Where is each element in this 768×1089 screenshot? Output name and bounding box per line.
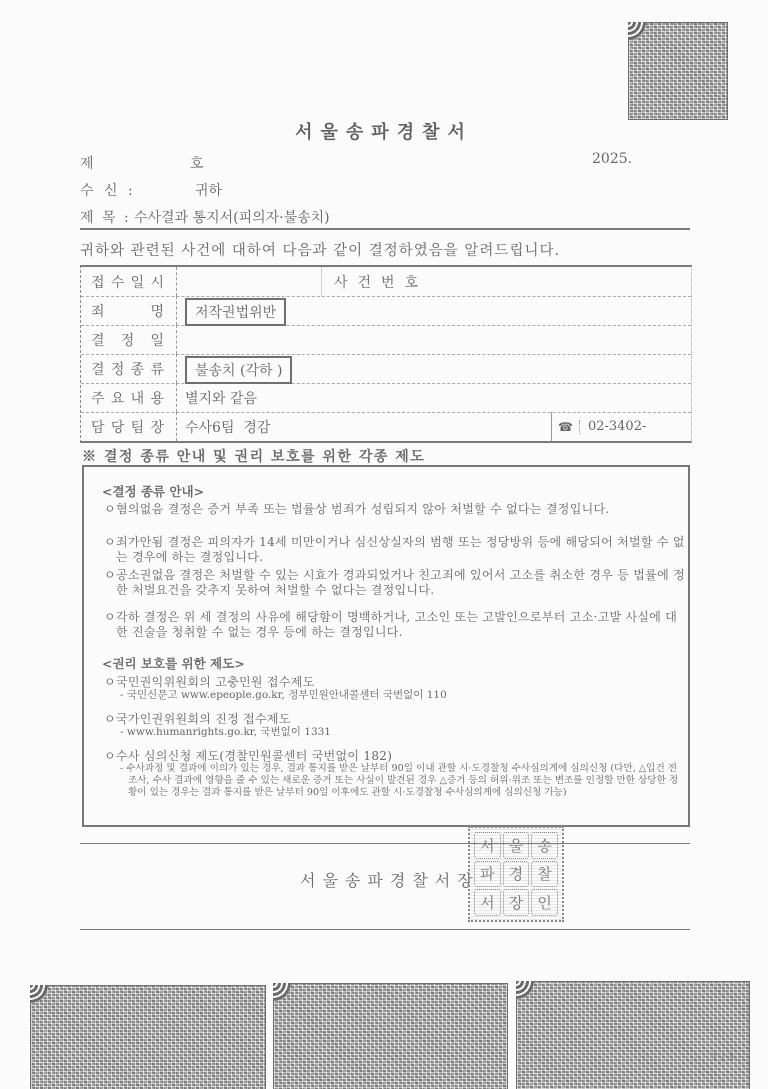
reference-mark-icon: ※ (82, 449, 98, 465)
row-main-content: 주요내용 별지와 같음 (81, 383, 691, 413)
notice-box: <결정 종류 안내> ㅇ혐의없음 결정은 증거 부족 또는 법률상 범죄가 성립… (82, 465, 690, 827)
doc-date: 2025. (592, 151, 632, 167)
bullet-icon: ㅇ (104, 535, 116, 550)
rights-item: ㅇ국민권익위원회의 고충민원 접수제도 (104, 675, 686, 690)
barcode-top (628, 22, 728, 120)
barcode-bottom-2 (273, 983, 508, 1089)
case-info-table: 접수일시 사건번호 죄명 저작권법위반 결정일 결정종류 불송치 (각하 ) 주… (80, 265, 692, 443)
bullet-icon: ㅇ (104, 502, 116, 517)
document-title: 서울송파경찰서 (0, 118, 768, 144)
barcode-finder-icon (30, 985, 48, 1003)
recipient-label: 수 신 : (80, 180, 136, 200)
rights-detail: - 국민신문고 www.epeople.go.kr, 정부민원안내콜센터 국번없… (120, 689, 684, 702)
phone-number: 02-3402- (588, 419, 646, 434)
divider (80, 843, 690, 844)
value-decision-type: 불송치 (각하 ) (185, 356, 292, 384)
value-main-content: 별지와 같음 (185, 383, 257, 412)
bullet-icon: ㅇ (104, 610, 116, 625)
notice-heading: ※ 결정 종류 안내 및 권리 보호를 위한 각종 제도 (82, 446, 425, 466)
doc-number-suffix: 호 (190, 153, 204, 173)
case-number-label: 사건번호 (321, 267, 428, 296)
bullet-icon: ㅇ (104, 749, 116, 764)
page-number: 1 / 3 (712, 1052, 734, 1063)
rights-item: ㅇ수사 심의신청 제도(경찰민원콜센터 국번없이 182) (104, 749, 686, 764)
label-receipt-date: 접수일시 (81, 267, 177, 296)
phone-cell: ☎ 02-3402- (551, 412, 646, 441)
intro-text: 귀하와 관련된 사건에 대하여 다음과 같이 결정하였음을 알려드립니다. (80, 239, 560, 260)
value-team-leader: 수사6팀 경감 (185, 412, 270, 441)
decision-type-item: ㅇ각하 결정은 위 세 결정의 사유에 해당함이 명백하거나, 고소인 또는 고… (104, 610, 686, 640)
rights-detail: - www.humanrights.go.kr, 국번없이 1331 (120, 726, 684, 739)
decision-type-item: ㅇ혐의없음 결정은 증거 부족 또는 법률상 범죄가 성립되지 않아 처벌할 수… (104, 502, 686, 517)
issuer-name: 서울송파경찰서장 (300, 868, 480, 891)
rights-item: ㅇ국가인권위원회의 진정 접수제도 (104, 712, 686, 727)
telephone-icon: ☎ (558, 420, 580, 434)
bullet-icon: ㅇ (104, 675, 116, 690)
doc-number-label: 제 (80, 153, 94, 173)
row-decision-date: 결정일 (81, 325, 691, 355)
official-seal: 서 울 송 파 경 찰 서 장 인 (468, 826, 564, 922)
decision-types-title: <결정 종류 안내> (102, 482, 204, 500)
divider (80, 929, 690, 930)
label-offense: 죄명 (81, 296, 177, 325)
rights-detail: - 수사과정 및 결과에 이의가 있는 경우, 결과 통지를 받은 날부터 90… (120, 763, 684, 799)
decision-type-item: ㅇ죄가안됨 결정은 피의자가 14세 미만이거나 심신상실자의 범행 또는 정당… (104, 535, 686, 565)
label-decision-type: 결정종류 (81, 354, 177, 383)
barcode-finder-icon (516, 981, 534, 999)
decision-type-item: ㅇ공소권없음 결정은 처벌할 수 있는 시효가 경과되었거나 친고죄에 있어서 … (104, 568, 686, 598)
bullet-icon: ㅇ (104, 568, 116, 583)
label-decision-date: 결정일 (81, 325, 177, 354)
label-team-leader: 담당팀장 (81, 412, 177, 441)
row-receipt-date: 접수일시 사건번호 (81, 267, 691, 297)
row-offense: 죄명 저작권법위반 (81, 296, 691, 326)
recipient-value: 귀하 (195, 180, 222, 200)
subject-value: 수사결과 통지서(피의자·불송치) (134, 207, 330, 227)
barcode-bottom-3 (516, 981, 750, 1089)
bullet-icon: ㅇ (104, 712, 116, 727)
label-main-content: 주요내용 (81, 383, 177, 412)
row-team-leader: 담당팀장 수사6팀 경감 ☎ 02-3402- (81, 412, 691, 441)
subject-label: 제 목 : (80, 207, 131, 227)
row-decision-type: 결정종류 불송치 (각하 ) (81, 354, 691, 384)
barcode-bottom-1 (30, 985, 266, 1089)
rights-title: <권리 보호를 위한 제도> (102, 654, 245, 672)
barcode-finder-icon (273, 983, 291, 1001)
barcode-finder-icon (628, 22, 646, 40)
value-offense: 저작권법위반 (185, 298, 286, 326)
divider (80, 228, 690, 230)
